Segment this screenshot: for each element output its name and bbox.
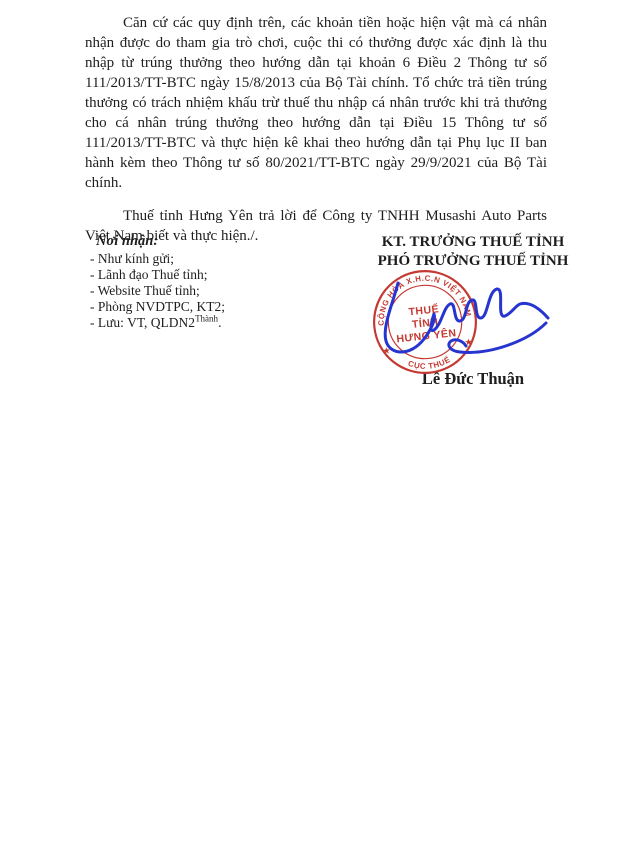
drafter-initials-superscript: Thành [195, 314, 218, 324]
signer-title-line1: KT. TRƯỞNG THUẾ TỈNH [345, 233, 601, 252]
document-page: Căn cứ các quy định trên, các khoản tiền… [0, 0, 628, 841]
handwritten-signature [360, 265, 560, 380]
body-paragraph-1: Căn cứ các quy định trên, các khoản tiền… [85, 13, 547, 193]
recipient-item: - Website Thuế tỉnh; [90, 283, 320, 299]
archive-item-period: . [218, 315, 221, 330]
letter-body: Căn cứ các quy định trên, các khoản tiền… [85, 13, 547, 246]
recipient-item: - Lãnh đạo Thuế tỉnh; [90, 267, 320, 283]
signature-stroke-swoosh [449, 323, 546, 352]
recipients-heading: Nơi nhận: [96, 233, 320, 250]
recipient-item: - Như kính gửi; [90, 251, 320, 267]
recipients-block: Nơi nhận: - Như kính gửi; - Lãnh đạo Thu… [90, 233, 320, 331]
archive-item-text: - Lưu: VT, QLDN2 [90, 315, 195, 330]
recipient-item-archive: - Lưu: VT, QLDN2Thành. [90, 315, 320, 331]
signature-stroke-scribble [431, 289, 548, 331]
signature-stroke-main [385, 283, 434, 352]
